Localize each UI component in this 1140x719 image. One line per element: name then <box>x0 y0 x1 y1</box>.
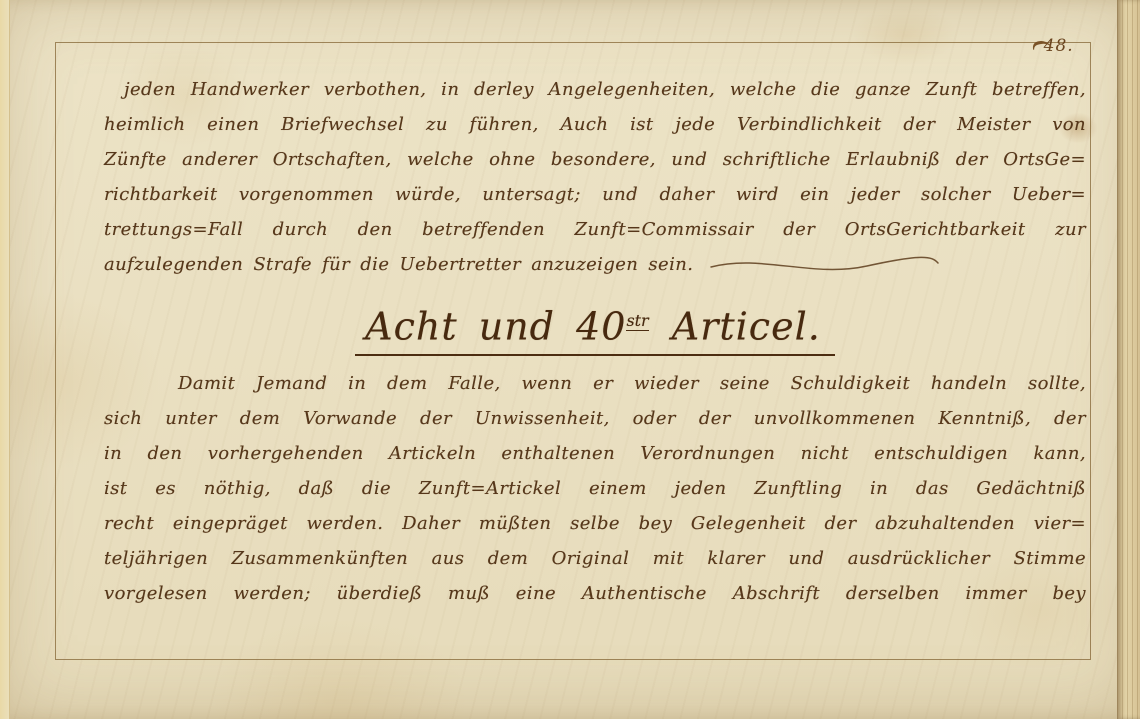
article-heading: Acht und 40str Articel. <box>355 298 835 356</box>
handwritten-text: jeden Handwerker verbothen, in derley An… <box>104 72 1086 611</box>
body-line: richtbarkeit vorgenommen würde, untersag… <box>104 177 1086 212</box>
body-line-last: aufzulegenden Strafe für die Uebertrette… <box>104 247 1086 282</box>
body-line: Zünfte anderer Ortschaften, welche ohne … <box>104 142 1086 177</box>
body-line: sich unter dem Vorwande der Unwissenheit… <box>104 401 1086 436</box>
manuscript-photo: (48. jeden Handwerker verbothen, in derl… <box>0 0 1140 719</box>
body-line: recht eingepräget werden. Daher müßten s… <box>104 506 1086 541</box>
heading-ordinal-superscript: str <box>626 311 648 331</box>
folio-number: (48. <box>1036 36 1106 56</box>
body-line: jeden Handwerker verbothen, in derley An… <box>104 72 1086 107</box>
pen-flourish-swash <box>707 254 942 276</box>
book-fore-edge <box>1117 0 1140 719</box>
paragraph-1: jeden Handwerker verbothen, in derley An… <box>104 72 1086 282</box>
body-line: in den vorhergehenden Artickeln enthalte… <box>104 436 1086 471</box>
body-line: Damit Jemand in dem Falle, wenn er wiede… <box>104 366 1086 401</box>
body-line: vorgelesen werden; überdieß muß eine Aut… <box>104 576 1086 611</box>
body-line: trettungs=Fall durch den betreffenden Zu… <box>104 212 1086 247</box>
body-line: ist es nöthig, daß die Zunft=Artickel ei… <box>104 471 1086 506</box>
heading-suffix: Articel. <box>672 305 821 349</box>
heading-prefix: Acht und 40 <box>365 305 626 349</box>
page-edge-left <box>0 0 10 719</box>
body-line: teljährigen Zusammenkünften aus dem Orig… <box>104 541 1086 576</box>
article-heading-row: Acht und 40str Articel. <box>104 298 1086 356</box>
body-line: heimlich einen Briefwechsel zu führen, A… <box>104 107 1086 142</box>
paragraph-2: Damit Jemand in dem Falle, wenn er wiede… <box>104 366 1086 611</box>
